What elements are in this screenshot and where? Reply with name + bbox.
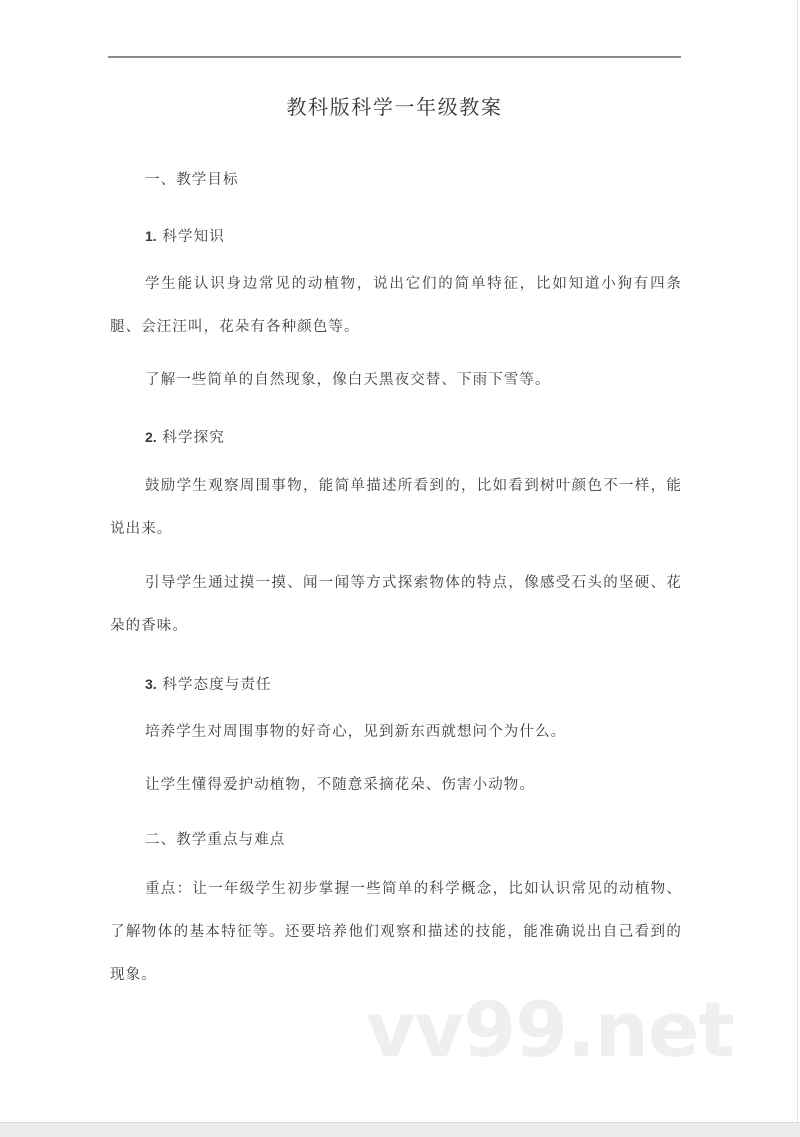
subsection-heading-attitude: 3. 科学态度与责任 — [110, 673, 717, 694]
page-bottom-edge — [0, 1122, 800, 1137]
subsection-number: 3. — [145, 676, 157, 692]
paragraph: 重点：让一年级学生初步掌握一些简单的科学概念，比如认识常见的动植物、了解物体的基… — [110, 868, 682, 997]
section-heading-objectives: 一、教学目标 — [110, 168, 717, 189]
subsection-title: 科学态度与责任 — [162, 677, 271, 693]
header-rule — [108, 56, 681, 58]
paragraph: 鼓励学生观察周围事物，能简单描述所看到的，比如看到树叶颜色不一样，能说出来。 — [110, 465, 682, 551]
paragraph: 让学生懂得爱护动植物，不随意采摘花朵、伤害小动物。 — [110, 764, 682, 807]
subsection-title: 科学知识 — [162, 229, 224, 245]
subsection-heading-knowledge: 1. 科学知识 — [110, 225, 717, 246]
paragraph: 学生能认识身边常见的动植物，说出它们的简单特征，比如知道小狗有四条腿、会汪汪叫，… — [110, 263, 682, 349]
watermark: vv99.net — [366, 990, 734, 1070]
paragraph: 了解一些简单的自然现象，像白天黑夜交替、下雨下雪等。 — [110, 359, 682, 402]
subsection-number: 1. — [145, 228, 157, 244]
document-title: 教科版科学一年级教案 — [108, 94, 681, 120]
subsection-number: 2. — [145, 429, 157, 445]
subsection-title: 科学探究 — [162, 430, 224, 446]
subsection-heading-inquiry: 2. 科学探究 — [110, 426, 717, 447]
paragraph: 引导学生通过摸一摸、闻一闻等方式探索物体的特点，像感受石头的坚硬、花朵的香味。 — [110, 562, 682, 648]
section-heading-key-points: 二、教学重点与难点 — [110, 828, 717, 849]
paragraph: 培养学生对周围事物的好奇心，见到新东西就想问个为什么。 — [110, 711, 682, 754]
page-right-border — [797, 0, 798, 1123]
